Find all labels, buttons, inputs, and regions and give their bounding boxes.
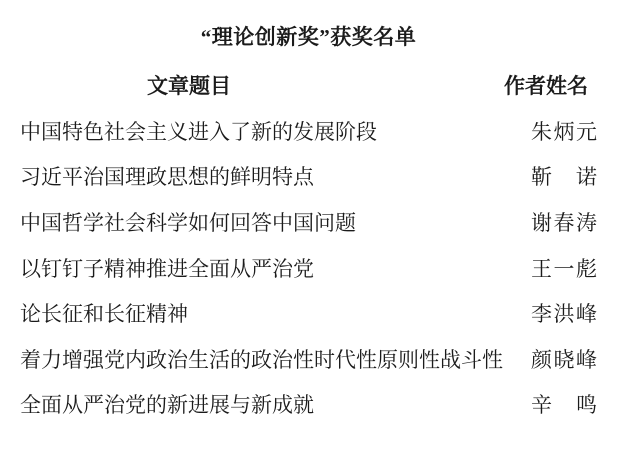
author-name-cell: 王一彪 xyxy=(531,256,597,282)
article-title-cell: 中国哲学社会科学如何回答中国问题 xyxy=(20,210,356,236)
article-title-cell: 以钉钉子精神推进全面从严治党 xyxy=(20,256,314,282)
article-title-cell: 习近平治国理政思想的鲜明特点 xyxy=(20,164,314,190)
author-name-cell: 辛 鸣 xyxy=(531,392,597,418)
author-name-cell: 靳 诺 xyxy=(531,164,597,190)
article-title-cell: 全面从严治党的新进展与新成就 xyxy=(20,392,314,418)
table-row: 中国特色社会主义进入了新的发展阶段 朱炳元 xyxy=(20,109,597,155)
article-title-cell: 中国特色社会主义进入了新的发展阶段 xyxy=(20,119,377,145)
author-name-cell: 谢春涛 xyxy=(531,210,597,236)
table-row: 着力增强党内政治生活的政治性时代性原则性战斗性 颜晓峰 xyxy=(20,337,597,383)
table-row: 全面从严治党的新进展与新成就 辛 鸣 xyxy=(20,383,597,429)
column-header-author-name: 作者姓名 xyxy=(504,73,588,99)
article-title-cell: 论长征和长征精神 xyxy=(20,301,188,327)
article-title-cell: 着力增强党内政治生活的政治性时代性原则性战斗性 xyxy=(20,347,503,373)
table-row: 以钉钉子精神推进全面从严治党 王一彪 xyxy=(20,246,597,292)
award-table: 中国特色社会主义进入了新的发展阶段 朱炳元 习近平治国理政思想的鲜明特点 靳 诺… xyxy=(20,109,597,428)
award-list-document: “理论创新奖”获奖名单 文章题目 作者姓名 中国特色社会主义进入了新的发展阶段 … xyxy=(0,0,617,452)
column-header-article-title: 文章题目 xyxy=(147,73,231,99)
table-row: 中国哲学社会科学如何回答中国问题 谢春涛 xyxy=(20,200,597,246)
author-name-cell: 颜晓峰 xyxy=(531,347,597,373)
page-title: “理论创新奖”获奖名单 xyxy=(0,24,617,50)
table-row: 论长征和长征精神 李洪峰 xyxy=(20,291,597,337)
author-name-cell: 朱炳元 xyxy=(531,119,597,145)
author-name-cell: 李洪峰 xyxy=(531,301,597,327)
table-row: 习近平治国理政思想的鲜明特点 靳 诺 xyxy=(20,155,597,201)
